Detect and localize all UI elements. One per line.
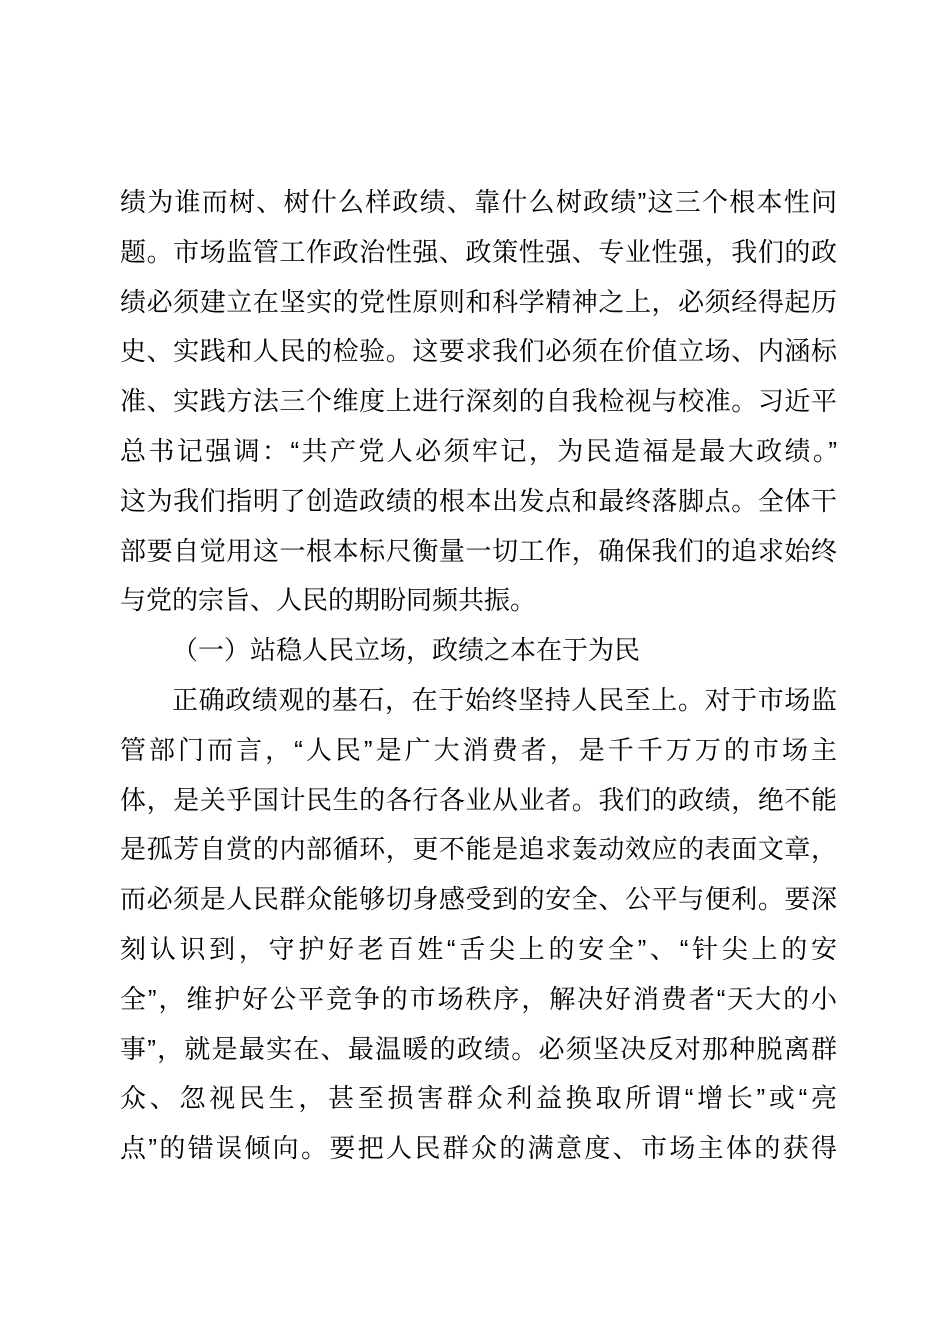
text-line: 刻认识到，守护好老百姓“舌尖上的安全”、“针尖上的安	[120, 925, 837, 975]
text-line: 全”，维护好公平竞争的市场秩序，解决好消费者“天大的小	[120, 975, 837, 1025]
text-line: 这为我们指明了创造政绩的根本出发点和最终落脚点。全体干	[120, 477, 837, 527]
text-line: 绩为谁而树、树什么样政绩、靠什么树政绩”这三个根本性问	[120, 178, 837, 228]
text-line: 史、实践和人民的检验。这要求我们必须在价值立场、内涵标	[120, 327, 837, 377]
text-line: 管部门而言，“人民”是广大消费者，是千千万万的市场主	[120, 726, 837, 776]
document-body: 绩为谁而树、树什么样政绩、靠什么树政绩”这三个根本性问题。市场监管工作政治性强、…	[120, 178, 837, 1174]
text-line: 绩必须建立在坚实的党性原则和科学精神之上，必须经得起历	[120, 278, 837, 328]
text-line: 体，是关乎国计民生的各行各业从业者。我们的政绩，绝不能	[120, 776, 837, 826]
paragraph: 正确政绩观的基石，在于始终坚持人民至上。对于市场监管部门而言，“人民”是广大消费…	[120, 676, 837, 1174]
text-line: 众、忽视民生，甚至损害群众利益换取所谓“增长”或“亮	[120, 1074, 837, 1124]
text-line: 总书记强调：“共产党人必须牢记，为民造福是最大政绩。”	[120, 427, 837, 477]
section-heading: （一）站稳人民立场，政绩之本在于为民	[120, 626, 837, 676]
text-line: 题。市场监管工作政治性强、政策性强、专业性强，我们的政	[120, 228, 837, 278]
document-page: 绩为谁而树、树什么样政绩、靠什么树政绩”这三个根本性问题。市场监管工作政治性强、…	[0, 0, 950, 1344]
text-line: 准、实践方法三个维度上进行深刻的自我检视与校准。习近平	[120, 377, 837, 427]
text-line: 点”的错误倾向。要把人民群众的满意度、市场主体的获得	[120, 1124, 837, 1174]
text-line: 正确政绩观的基石，在于始终坚持人民至上。对于市场监	[120, 676, 837, 726]
text-line: 是孤芳自赏的内部循环，更不能是追求轰动效应的表面文章，	[120, 825, 837, 875]
section-heading-line: （一）站稳人民立场，政绩之本在于为民	[120, 626, 837, 676]
text-line: 而必须是人民群众能够切身感受到的安全、公平与便利。要深	[120, 875, 837, 925]
text-line: 事”，就是最实在、最温暖的政绩。必须坚决反对那种脱离群	[120, 1025, 837, 1075]
paragraph: 绩为谁而树、树什么样政绩、靠什么树政绩”这三个根本性问题。市场监管工作政治性强、…	[120, 178, 837, 626]
text-line: 与党的宗旨、人民的期盼同频共振。	[120, 576, 837, 626]
text-line: 部要自觉用这一根本标尺衡量一切工作，确保我们的追求始终	[120, 527, 837, 577]
